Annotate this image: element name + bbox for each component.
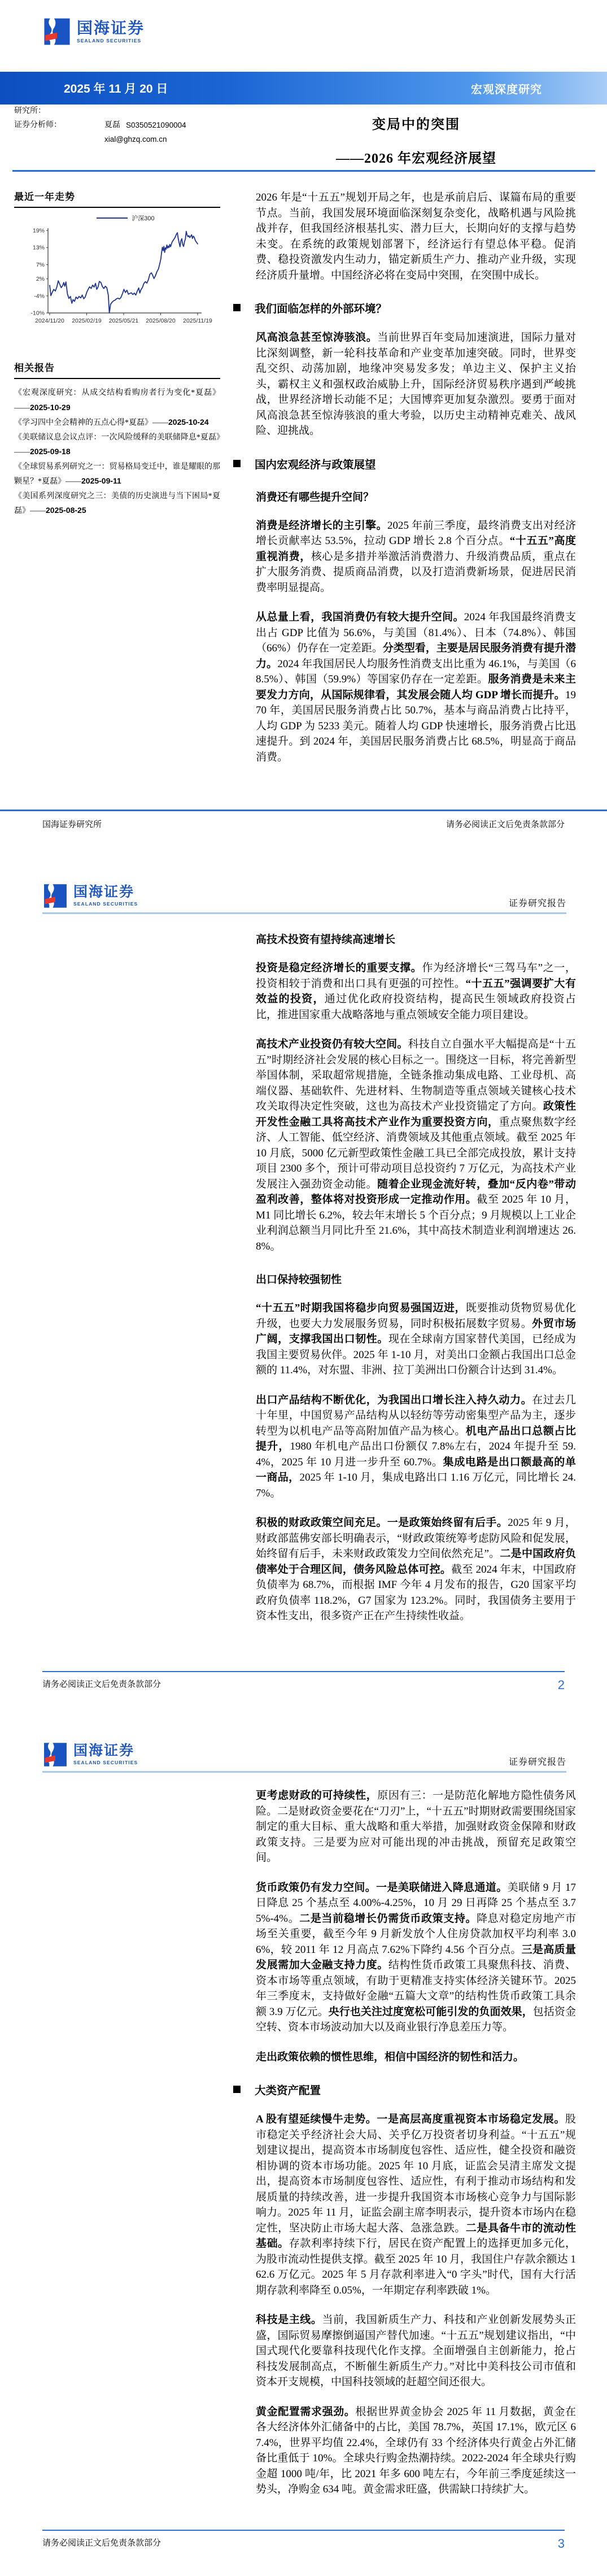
bold-text: 走出政策依赖的惯性思维，相信中国经济的韧性和活力。 (256, 2051, 524, 2063)
square-bullet-icon (233, 2086, 241, 2093)
brand-name-cn: 国海证券 (73, 1744, 138, 1758)
report-category: 宏观深度研究 (471, 80, 542, 97)
bold-text: 投资是稳定经济增长的重要支撑。 (256, 962, 422, 974)
csi300-series-line (50, 232, 198, 314)
related-report-list: 《宏观深度研究：从成交结构看购房者行为变化*夏磊》——2025-10-29《学习… (14, 386, 220, 519)
paragraph: A 股有望延续慢牛走势。一是高层高度重视资本市场稳定发展。股市稳定关乎经济社会大… (256, 2112, 576, 2298)
bullet-heading-text: 我们面临怎样的外部环境？ (255, 300, 387, 316)
paragraph: 积极的财政政策空间充足。一是政策始终留有后手。2025 年 9 月，财政部蓝佛安… (256, 1515, 576, 1624)
related-report-date: 2025-10-24 (168, 417, 209, 427)
sealand-logo: 国海证券 SEALAND SECURITIES (42, 17, 145, 46)
bold-text: 出口产品结构不断优化，为我国出口增长注入持久动力。 (256, 1394, 532, 1406)
bold-text: 黄金配置需求强劲。 (256, 2406, 355, 2418)
paragraph: 风高浪急甚至惊涛骇浪。当前世界百年变局加速演进，国际力量对比深刻调整，新一轮科技… (256, 330, 576, 439)
page2-content: 高技术投资有望持续高速增长投资是稳定经济增长的重要支撑。作为经济增长“三驾马车”… (256, 931, 576, 1638)
related-report-title: 《美国系列深度研究之三：美债的历史演进与当下困局*夏磊》—— (14, 492, 220, 516)
sub-heading: 消费还有哪些提升空间？ (256, 489, 576, 504)
trend-section-title: 最近一年走势 (14, 189, 220, 208)
page-header: 国海证券 SEALAND SECURITIES 证券研究报告 (42, 877, 566, 914)
sub-heading: 高技术投资有望持续高速增长 (256, 931, 576, 946)
related-report-item: 《美联储议息会议点评：一次风险缓释的美联储降息*夏磊》——2025-09-18 (14, 430, 220, 460)
related-report-date: 2025-09-11 (81, 476, 121, 485)
csi300-line-chart: 19%13%7%2%-4%-10%2024/11/202025/02/19202… (14, 223, 215, 330)
report-type-label: 证券研究报告 (509, 1755, 566, 1768)
paragraph: 走出政策依赖的惯性思维，相信中国经济的韧性和活力。 (256, 2050, 576, 2065)
bold-text: 高技术产业投资仍有较大空间。 (256, 1038, 408, 1050)
page-1: 国海证券 SEALAND SECURITIES 2025 年 11 月 20 日… (0, 0, 607, 859)
bullet-heading-text: 大类资产配置 (255, 2082, 321, 2098)
paragraph: 更考虑财政的可持续性，原因有三：一是防范化解地方隐性债务风险。二是财政资金要花在… (256, 1788, 576, 1866)
bold-text: 风高浪急甚至惊涛骇浪。 (256, 332, 377, 343)
institute-label: 研究所： (14, 104, 46, 118)
sidebar: 最近一年走势 沪深300 19%13%7%2%-4%-10%2024/11/20… (14, 189, 220, 519)
page-footer: 请务必阅读正文后免责条款部分 3 (42, 2530, 565, 2551)
y-axis-tick-label: -4% (34, 293, 45, 299)
bold-text: 央行也关注过度宽松可能引发的负面效果， (329, 2006, 533, 2018)
related-reports-section: 相关报告 《宏观深度研究：从成交结构看购房者行为变化*夏磊》——2025-10-… (14, 360, 220, 519)
footer-divider (0, 810, 607, 811)
disclaimer-text: 请务必阅读正文后免责条款部分 (42, 1678, 161, 1690)
paragraph: 黄金配置需求强劲。根据世界黄金协会 2025 年 11 月数据，黄金在各大经济体… (256, 2404, 576, 2497)
page3-content: 更考虑财政的可持续性，原因有三：一是防范化解地方隐性债务风险。二是财政资金要花在… (256, 1788, 576, 2512)
brand-name-en: SEALAND SECURITIES (73, 902, 138, 907)
chart-legend: 沪深300 (31, 214, 220, 223)
related-report-item: 《宏观深度研究：从成交结构看购房者行为变化*夏磊》——2025-10-29 (14, 386, 220, 415)
page-3: 国海证券 SEALAND SECURITIES 证券研究报告 更考虑财政的可持续… (0, 1717, 607, 2576)
square-bullet-icon (233, 304, 241, 311)
paragraph: 高技术产业投资仍有较大空间。科技自立自强水平大幅提高是“十五五”时期经济社会发展… (256, 1037, 576, 1254)
body-text: 2025 年 1-10 月，集成电路出口 1.16 万亿元，同比增长 24.7%… (256, 1472, 576, 1499)
paragraph: 投资是稳定经济增长的重要支撑。作为经济增长“三驾马车”之一，投资相较于消费和出口… (256, 960, 576, 1022)
sealand-logo: 国海证券 SEALAND SECURITIES (42, 1742, 138, 1768)
y-axis-tick-label: 2% (36, 276, 45, 282)
analyst-license-id: S0350521090004 (126, 118, 186, 132)
bold-text: “十五五”时期我国将稳步向贸易强国迈进， (256, 1302, 466, 1314)
disclaimer-text: 请务必阅读正文后免责条款部分 (446, 818, 565, 830)
related-report-date: 2025-08-25 (46, 506, 86, 515)
analyst-email[interactable]: xial@ghzq.com.cn (104, 132, 234, 146)
x-axis-tick-label: 2025/02/19 (72, 317, 102, 324)
paragraph: 货币政策仍有发力空间。一是美联储进入降息通道。美联储 9 月 17 日降息 25… (256, 1880, 576, 2035)
bullet-heading-text: 国内宏观经济与政策展望 (255, 456, 376, 472)
report-type-label: 证券研究报告 (509, 896, 566, 909)
y-axis-tick-label: 13% (33, 245, 45, 251)
related-reports-title: 相关报告 (14, 360, 220, 379)
report-title-block: 变局中的突围 ——2026 年宏观经济展望 (248, 113, 584, 167)
analyst-name: 夏磊 (104, 118, 120, 132)
blue-divider (12, 170, 595, 172)
body-text: 根据世界黄金协会 2025 年 11 月数据，黄金在各大经济体外汇储备中的占比，… (256, 2406, 576, 2496)
x-axis-tick-label: 2025/11/19 (183, 317, 212, 324)
legend-label-csi300: 沪深300 (132, 214, 154, 223)
bold-text: 二是当前稳增长仍需货币政策支持。 (299, 1913, 477, 1925)
sealand-logo-icon (42, 1742, 68, 1768)
y-axis-tick-label: -10% (30, 310, 45, 317)
page-number: 3 (558, 2536, 565, 2551)
paragraph: 出口产品结构不断优化，为我国出口增长注入持久动力。在过去几十年里，中国贸易产品结… (256, 1393, 576, 1502)
sealand-logo-icon (42, 17, 72, 46)
page-number: 2 (558, 1678, 565, 1692)
body-text: 2026 年是“十五五”规划开局之年，也是承前启后、谋篇布局的重要节点。当前，我… (256, 192, 576, 281)
page-2: 国海证券 SEALAND SECURITIES 证券研究报告 高技术投资有望持续… (0, 859, 607, 1717)
analyst-info: 研究所： 证券分析师： 夏磊 S0350521090004 xial@ghzq.… (14, 104, 234, 146)
bold-text: 积极的财政政策空间充足。一是政策始终留有后手。 (256, 1517, 508, 1529)
brand-name-en: SEALAND SECURITIES (77, 38, 145, 43)
paragraph: 消费是经济增长的主引擎。2025 年前三季度，最终消费支出对经济增长贡献率达 5… (256, 518, 576, 596)
bold-text: 更考虑财政的可持续性， (256, 1790, 377, 1802)
related-report-item: 《美国系列深度研究之三：美债的历史演进与当下困局*夏磊》——2025-08-25 (14, 489, 220, 519)
x-axis-tick-label: 2025/05/21 (109, 317, 139, 324)
square-bullet-icon (233, 460, 241, 467)
report-date: 2025 年 11 月 20 日 (64, 80, 168, 97)
related-report-date: 2025-09-18 (30, 447, 71, 456)
brand-name-cn: 国海证券 (77, 20, 145, 36)
brand-name-en: SEALAND SECURITIES (73, 1760, 138, 1765)
sealand-logo-icon (42, 883, 68, 909)
paragraph: 科技是主线。当前，我国新质生产力、科技和产业创新发展势头正盛，国际贸易摩擦倒逼国… (256, 2312, 576, 2390)
x-axis-tick-label: 2025/08/20 (146, 317, 176, 324)
paragraph: 从总量上看，我国消费仍有较大提升空间。2024 年我国最终消费支出占 GDP 比… (256, 610, 576, 765)
bold-text: 从总量上看，我国消费仍有较大提升空间。 (256, 611, 464, 623)
legend-line-swatch (97, 217, 128, 219)
report-title: 变局中的突围 (248, 113, 584, 133)
bullet-section-heading: 国内宏观经济与政策展望 (256, 456, 576, 472)
related-report-item: 《全球贸易系列研究之一：贸易格局变迁中，谁是耀眼的那颗星？*夏磊》——2025-… (14, 460, 220, 489)
paragraph: “十五五”时期我国将稳步向贸易强国迈进，既要推动货物贸易优化升级，也要大力发展服… (256, 1300, 576, 1378)
analyst-label: 证券分析师： (14, 118, 104, 132)
bold-text: 消费是经济增长的主引擎。 (256, 520, 387, 532)
sealand-logo: 国海证券 SEALAND SECURITIES (42, 883, 138, 909)
related-report-item: 《学习四中全会精神的五点心得*夏磊》——2025-10-24 (14, 415, 220, 430)
body-text: 股市稳定关乎经济社会大局、关乎亿万投资者切身利益。“十五五”规划建议提出，提高资… (256, 2113, 576, 2234)
page-header: 国海证券 SEALAND SECURITIES 证券研究报告 (42, 1736, 566, 1773)
title-banner: 2025 年 11 月 20 日 宏观深度研究 (0, 72, 607, 105)
disclaimer-text: 请务必阅读正文后免责条款部分 (42, 2536, 161, 2548)
y-axis-tick-label: 7% (36, 262, 45, 268)
x-axis-tick-label: 2024/11/20 (35, 317, 64, 324)
sub-heading: 出口保持较强韧性 (256, 1271, 576, 1286)
related-report-title: 《学习四中全会精神的五点心得*夏磊》—— (14, 419, 168, 427)
body-text: 当前世界百年变局加速演进，国际力量对比深刻调整，新一轮科技革命和产业变革加速突破… (256, 332, 576, 437)
body-text: 存款利率持续下行，居民在资产配置上的选择更加多元化，为股市流动性提供支撑。截至 … (256, 2238, 576, 2296)
bullet-section-heading: 我们面临怎样的外部环境？ (256, 300, 576, 316)
page1-content: 2026 年是“十五五”规划开局之年，也是承前启后、谋篇布局的重要节点。当前，我… (256, 190, 576, 779)
institute-name: 国海证券研究所 (42, 818, 102, 830)
paragraph: 2026 年是“十五五”规划开局之年，也是承前启后、谋篇布局的重要节点。当前，我… (256, 190, 576, 283)
csi300-chart-box: 沪深300 19%13%7%2%-4%-10%2024/11/202025/02… (14, 214, 220, 333)
brand-name-cn: 国海证券 (73, 885, 138, 899)
bold-text: 货币政策仍有发力空间。一是美联储进入降息通道。 (256, 1882, 508, 1894)
related-report-date: 2025-10-29 (30, 403, 71, 412)
y-axis-tick-label: 19% (33, 228, 45, 234)
bold-text: A 股有望延续慢牛走势。一是高层高度重视资本市场稳定发展。 (256, 2113, 565, 2125)
page-footer: 请务必阅读正文后免责条款部分 2 (42, 1671, 565, 1692)
bold-text: 科技是主线。 (256, 2314, 322, 2326)
report-subtitle: ——2026 年宏观经济展望 (248, 147, 584, 167)
bullet-section-heading: 大类资产配置 (256, 2082, 576, 2098)
